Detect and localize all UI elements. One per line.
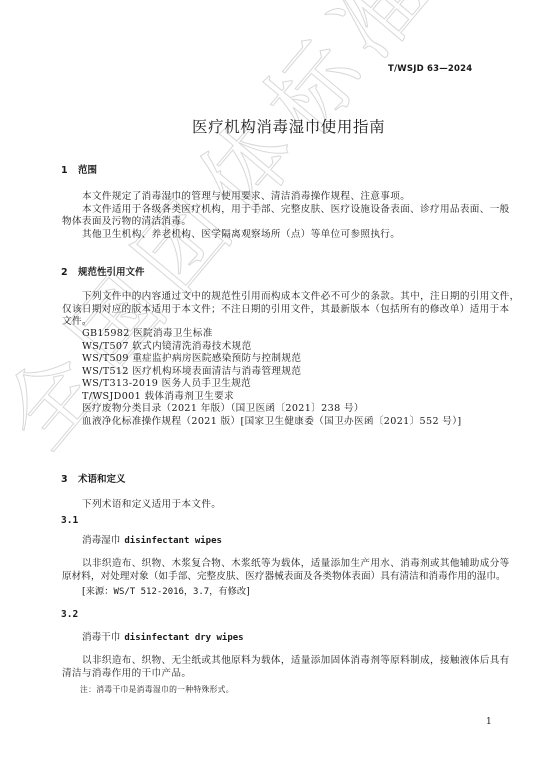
terms-intro: 下列术语和定义适用于本文件。 [82, 500, 221, 510]
section-number: 1 [61, 166, 78, 176]
section-title: 规范性引用文件 [78, 267, 145, 278]
reference-item: WS/T507 软式内镜清洗消毒技术规范 [82, 342, 252, 352]
reference-item: 医疗废物分类目录（2021 年版）（国卫医函〔2021〕238 号） [82, 404, 364, 414]
section-heading-terms: 3术语和定义 [61, 475, 126, 485]
reference-item: GB15982 医院消毒卫生标准 [82, 329, 213, 339]
definition-note: 注：消毒干巾是消毒湿巾的一种特殊形式。 [80, 686, 234, 694]
reference-item: T/WSJD001 载体消毒剂卫生要求 [82, 392, 234, 402]
reference-item: WS/T313-2019 医务人员手卫生规范 [82, 379, 251, 389]
section-title: 范围 [78, 165, 97, 176]
term-chinese: 消毒湿巾 [82, 535, 120, 546]
document-code: T/WSJD 63—2024 [388, 65, 472, 74]
term-entry: 消毒湿巾disinfectant wipes [82, 536, 222, 546]
section-heading-normative-references: 2规范性引用文件 [61, 268, 145, 278]
definition-source: [来源：WS/T 512-2016，3.7，有修改] [82, 587, 250, 597]
term-entry: 消毒干巾disinfectant dry wipes [82, 633, 244, 643]
source-note: 有修改] [218, 586, 250, 597]
section-title: 术语和定义 [78, 474, 126, 485]
reference-item: WS/T512 医疗机构环境表面清洁与消毒管理规范 [82, 367, 301, 377]
reference-item: 血液净化标准操作规程（2021 版）[国家卫生健康委（国卫办医函〔2021〕55… [82, 417, 462, 427]
page-title: 医疗机构消毒湿巾使用指南 [192, 120, 385, 136]
definition-line-1: 以非织造布、织物、木浆复合物、木浆纸等为载体，适量添加生产用水、消毒剂或其他辅助… [62, 559, 497, 569]
section-number: 3 [61, 475, 78, 485]
references-intro-line-1: 下列文件中的内容通过文中的规范性引用而构成本文件必不可少的条款。其中，注日期的引… [62, 292, 497, 302]
clause-number: 3.2 [61, 610, 78, 620]
scope-paragraph-3: 其他卫生机构、养老机构、医学隔离观察场所（点）等单位可参照执行。 [82, 230, 400, 240]
source-label: [来源： [82, 586, 114, 597]
clause-number: 3.1 [61, 516, 78, 526]
references-intro-line-2: 仅该日期对应的版本适用于本文件；不注日期的引用文件，其最新版本（包括所有的修改单… [62, 305, 497, 315]
definition-line-2: 清洁与消毒作用的干巾产品。 [62, 669, 191, 679]
scope-paragraph-2-line-2: 物体表面及污物的清洁消毒。 [62, 217, 191, 227]
source-reference: WS/T 512-2016，3.7， [114, 587, 219, 597]
scope-paragraph-2-line-1: 本文件适用于各级各类医疗机构，用于手部、完整皮肤、医疗设施设备表面、诊疗用品表面… [62, 205, 497, 215]
term-chinese: 消毒干巾 [82, 632, 120, 643]
definition-line-1: 以非织造布、织物、无尘纸或其他原料为载体，适量添加固体消毒剂等原料制成，接触液体… [62, 656, 497, 666]
section-number: 2 [61, 268, 78, 278]
definition-line-2: 原材料，对处理对象（如手部、完整皮肤、医疗器械表面及各类物体表面）具有清洁和消毒… [62, 572, 506, 582]
section-heading-scope: 1范围 [61, 166, 97, 176]
page-number: 1 [486, 718, 492, 727]
reference-item: WS/T509 重症监护病房医院感染预防与控制规范 [82, 354, 301, 364]
scope-paragraph-1: 本文件规定了消毒湿巾的管理与使用要求、清洁消毒操作规程、注意事项。 [82, 192, 410, 202]
references-intro-line-3: 文件。 [62, 317, 92, 327]
term-english: disinfectant dry wipes [124, 633, 243, 643]
term-english: disinfectant wipes [124, 536, 222, 546]
